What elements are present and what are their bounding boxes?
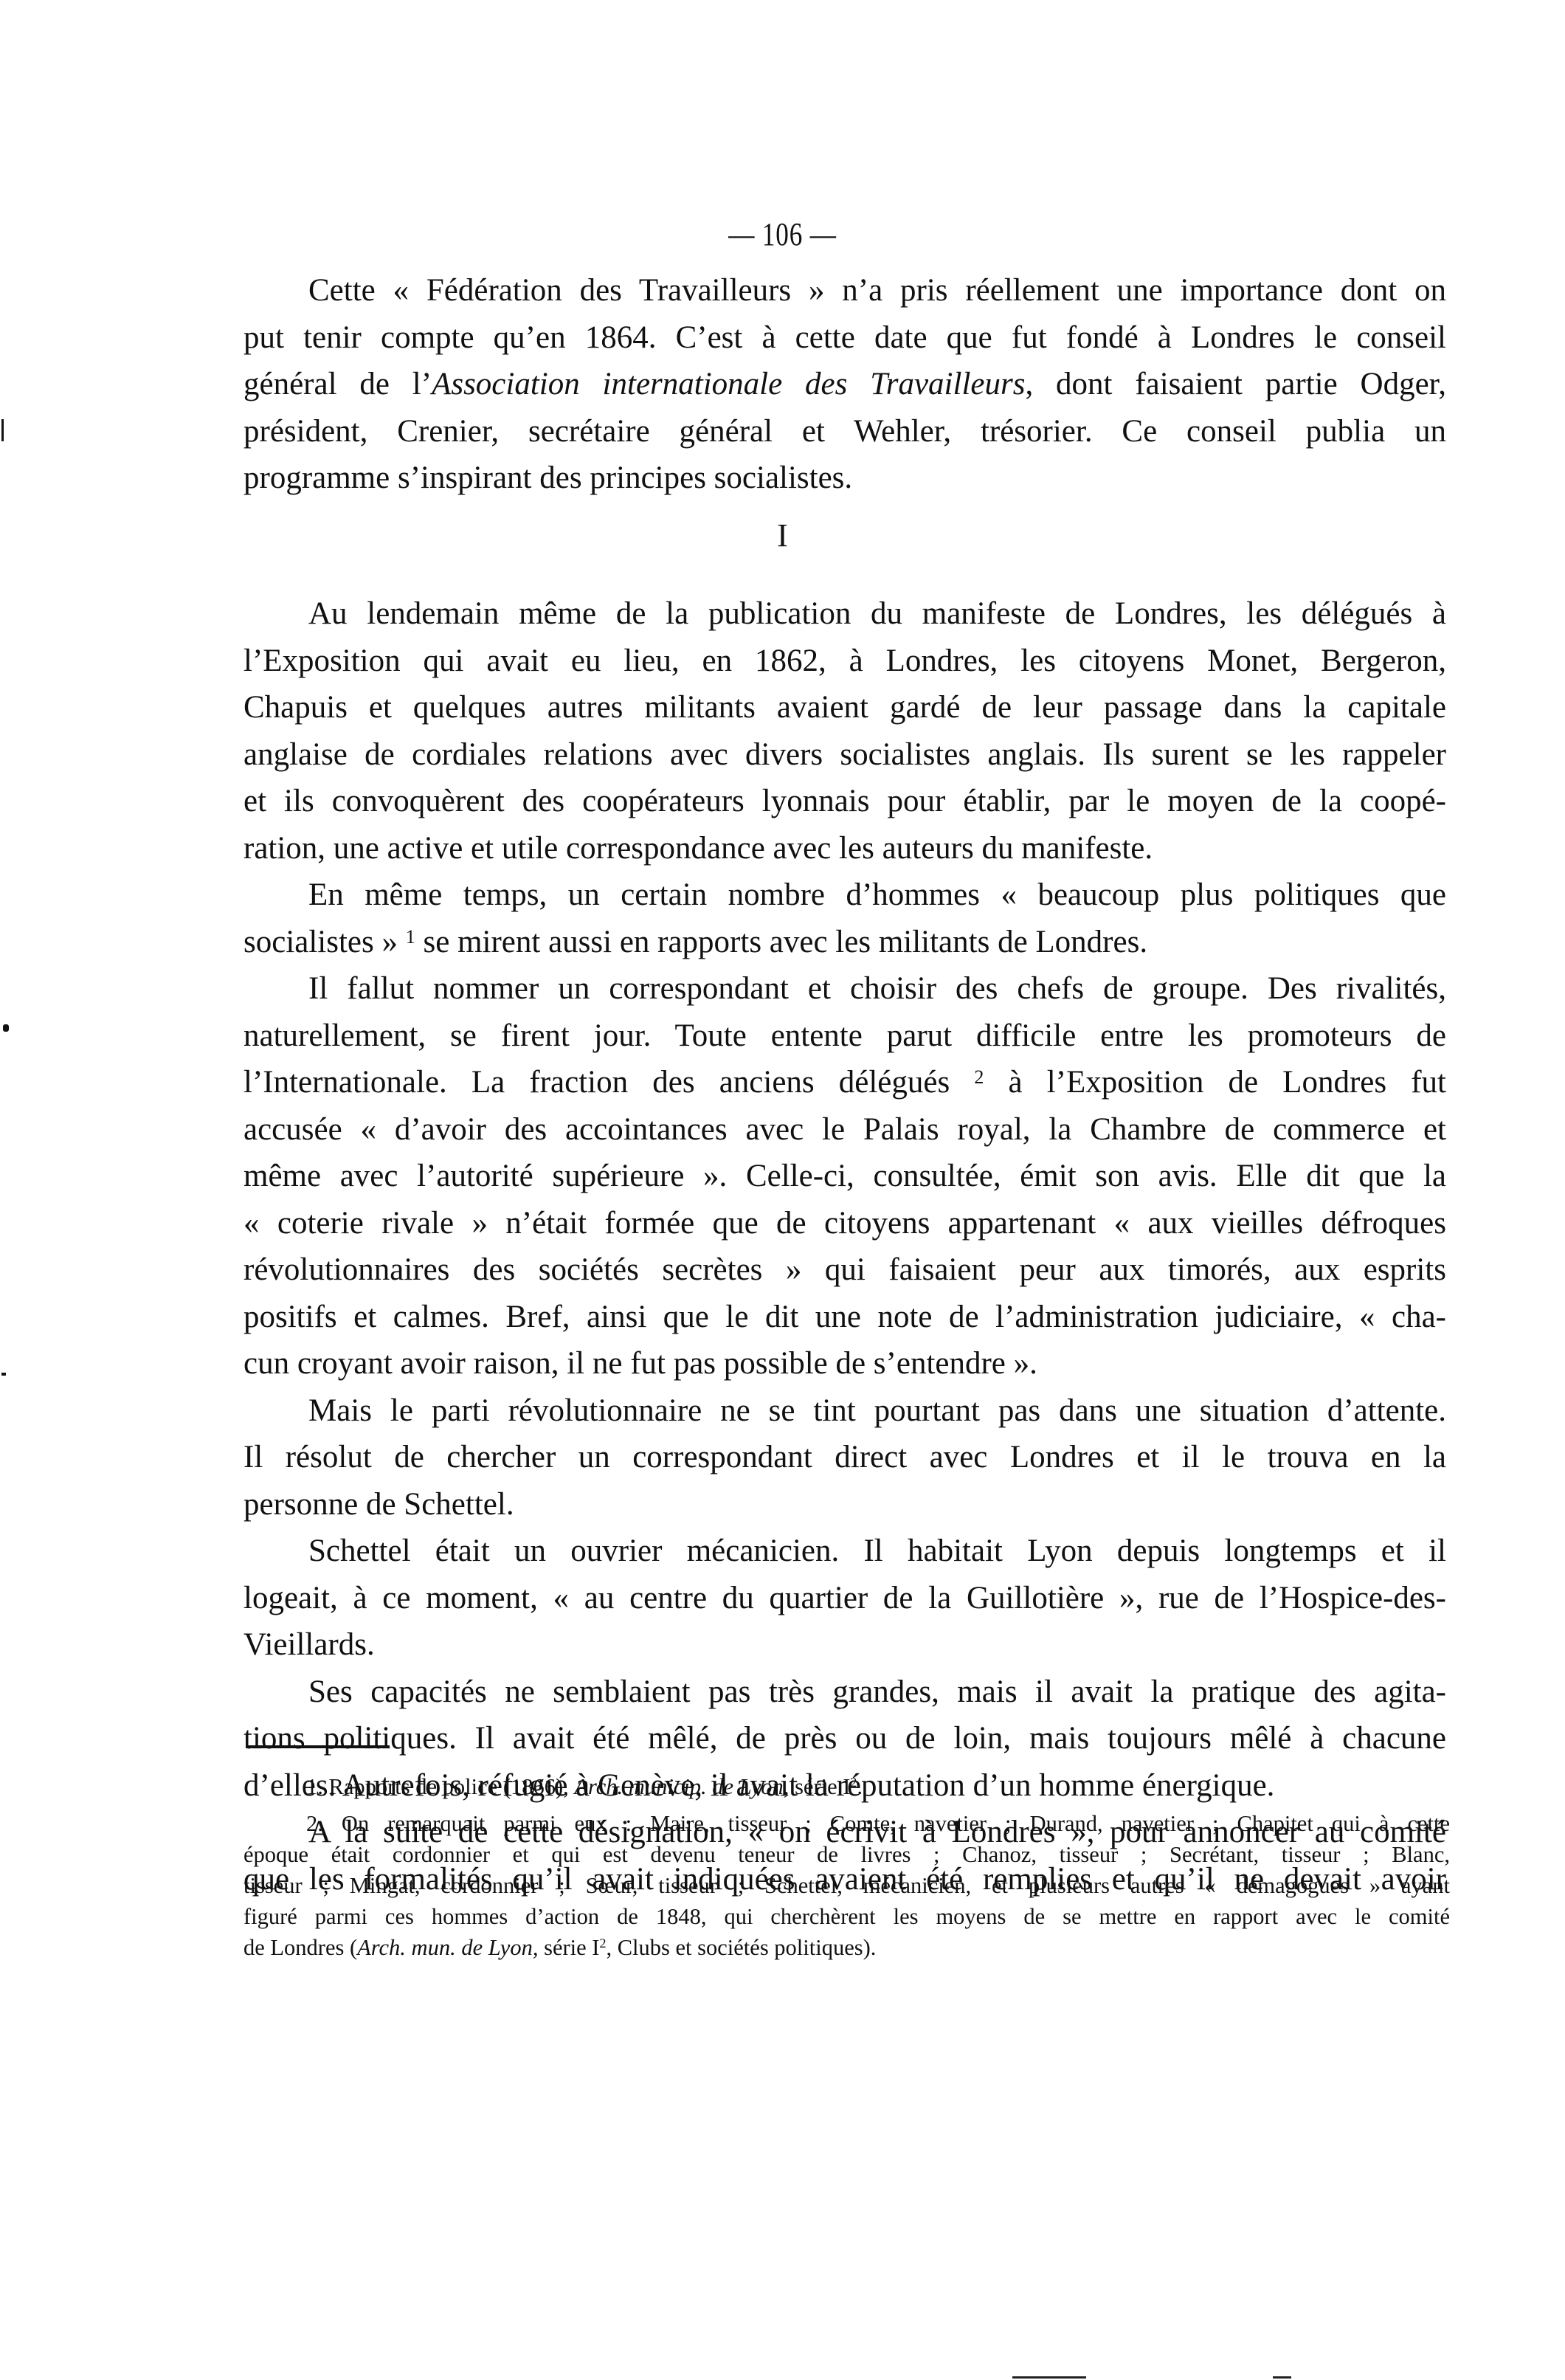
scan-mark <box>1273 2376 1291 2379</box>
text-line: l’Internationale. La fraction des ancien… <box>243 1059 1446 1106</box>
scan-mark <box>1 1373 6 1376</box>
footnote-line: tisseur ; Mingat, cordonnier ; Sœur, tis… <box>243 1870 1450 1901</box>
text-line: Au lendemain même de la publication du m… <box>243 590 1446 638</box>
text-line: même avec l’autorité supérieure ». Celle… <box>243 1153 1446 1200</box>
footnotes: 1. Rapports de police (1866), Arch. muni… <box>243 1771 1450 1963</box>
text-line: « coterie rivale » n’était formée que de… <box>243 1200 1446 1247</box>
body-text: Au lendemain même de la publication du m… <box>243 590 1446 1903</box>
text-line: put tenir compte qu’en 1864. C’est à cet… <box>243 314 1446 362</box>
text-line: ration, une active et utile correspondan… <box>243 825 1446 872</box>
book-page: — 106 — Cette « Fédération des Travaille… <box>0 0 1565 2380</box>
text-line: accusée « d’avoir des accointances avec … <box>243 1106 1446 1153</box>
text-line: révolutionnaires des sociétés secrètes »… <box>243 1246 1446 1294</box>
scan-mark <box>1012 2376 1086 2379</box>
text-line: Vieillards. <box>243 1621 1446 1669</box>
text-line: anglaise de cordiales relations avec div… <box>243 731 1446 779</box>
text-line: Ses capacités ne semblaient pas très gra… <box>243 1669 1446 1716</box>
text-line: cun croyant avoir raison, il ne fut pas … <box>243 1340 1446 1387</box>
text-line: tions politiques. Il avait été mêlé, de … <box>243 1715 1446 1762</box>
footnote-line: époque était cordonnier et qui est deven… <box>243 1839 1450 1870</box>
text-line: programme s’inspirant des principes soci… <box>243 455 1446 502</box>
text-line: général de l’Association internationale … <box>243 361 1446 408</box>
footnote-line: figuré parmi ces hommes d’action de 1848… <box>243 1901 1450 1932</box>
footnote-line: 1. Rapports de police (1866), Arch. muni… <box>243 1771 1450 1802</box>
text-line: l’Exposition qui avait eu lieu, en 1862,… <box>243 638 1446 685</box>
footnote-reference[interactable]: 2 <box>974 1066 984 1088</box>
paragraph: Mais le parti révolutionnaire ne se tint… <box>243 1387 1446 1528</box>
text-line: Cette « Fédération des Travailleurs » n’… <box>243 267 1446 314</box>
text-line: Il résolut de chercher un correspondant … <box>243 1434 1446 1481</box>
footnote-separator <box>246 1745 390 1748</box>
page-number: — 106 — <box>156 215 1409 253</box>
text-line: personne de Schettel. <box>243 1481 1446 1528</box>
text-line: président, Crenier, secrétaire général e… <box>243 408 1446 455</box>
footnote-reference[interactable]: 1 <box>406 926 415 948</box>
text-line: positifs et calmes. Bref, ainsi que le d… <box>243 1294 1446 1341</box>
paragraph: Au lendemain même de la publication du m… <box>243 590 1446 872</box>
text-line: et ils convoquèrent des coopérateurs lyo… <box>243 778 1446 825</box>
footnote-1: 1. Rapports de police (1866), Arch. muni… <box>243 1771 1450 1802</box>
text-line: Mais le parti révolutionnaire ne se tint… <box>243 1387 1446 1435</box>
footnote-line: 2. On remarquait parmi eux : Maire, tiss… <box>243 1808 1450 1839</box>
text-line: Il fallut nommer un correspondant et cho… <box>243 965 1446 1013</box>
text-line: logeait, à ce moment, « au centre du qua… <box>243 1575 1446 1622</box>
section-heading: I <box>0 517 1565 554</box>
scan-mark <box>1 419 4 441</box>
text-line: Chapuis et quelques autres militants ava… <box>243 684 1446 731</box>
footnote-marker: 1. <box>306 1774 323 1799</box>
paragraph: En même temps, un certain nombre d’homme… <box>243 872 1446 965</box>
text-line: socialistes » 1 se mirent aussi en rappo… <box>243 919 1446 966</box>
text-line: En même temps, un certain nombre d’homme… <box>243 872 1446 919</box>
footnote-line: de Londres (Arch. mun. de Lyon, série I2… <box>243 1932 1450 1963</box>
paragraph: Il fallut nommer un correspondant et cho… <box>243 965 1446 1387</box>
text-line: naturellement, se firent jour. Toute ent… <box>243 1013 1446 1060</box>
text-line: Schettel était un ouvrier mécanicien. Il… <box>243 1528 1446 1575</box>
italic-title: Association internationale des Travaille… <box>432 367 1025 401</box>
paragraph: Schettel était un ouvrier mécanicien. Il… <box>243 1528 1446 1669</box>
scan-mark <box>3 1024 9 1032</box>
intro-paragraph: Cette « Fédération des Travailleurs » n’… <box>243 267 1446 502</box>
footnote-2: 2. On remarquait parmi eux : Maire, tiss… <box>243 1808 1450 1963</box>
footnote-marker: 2. <box>306 1811 323 1836</box>
